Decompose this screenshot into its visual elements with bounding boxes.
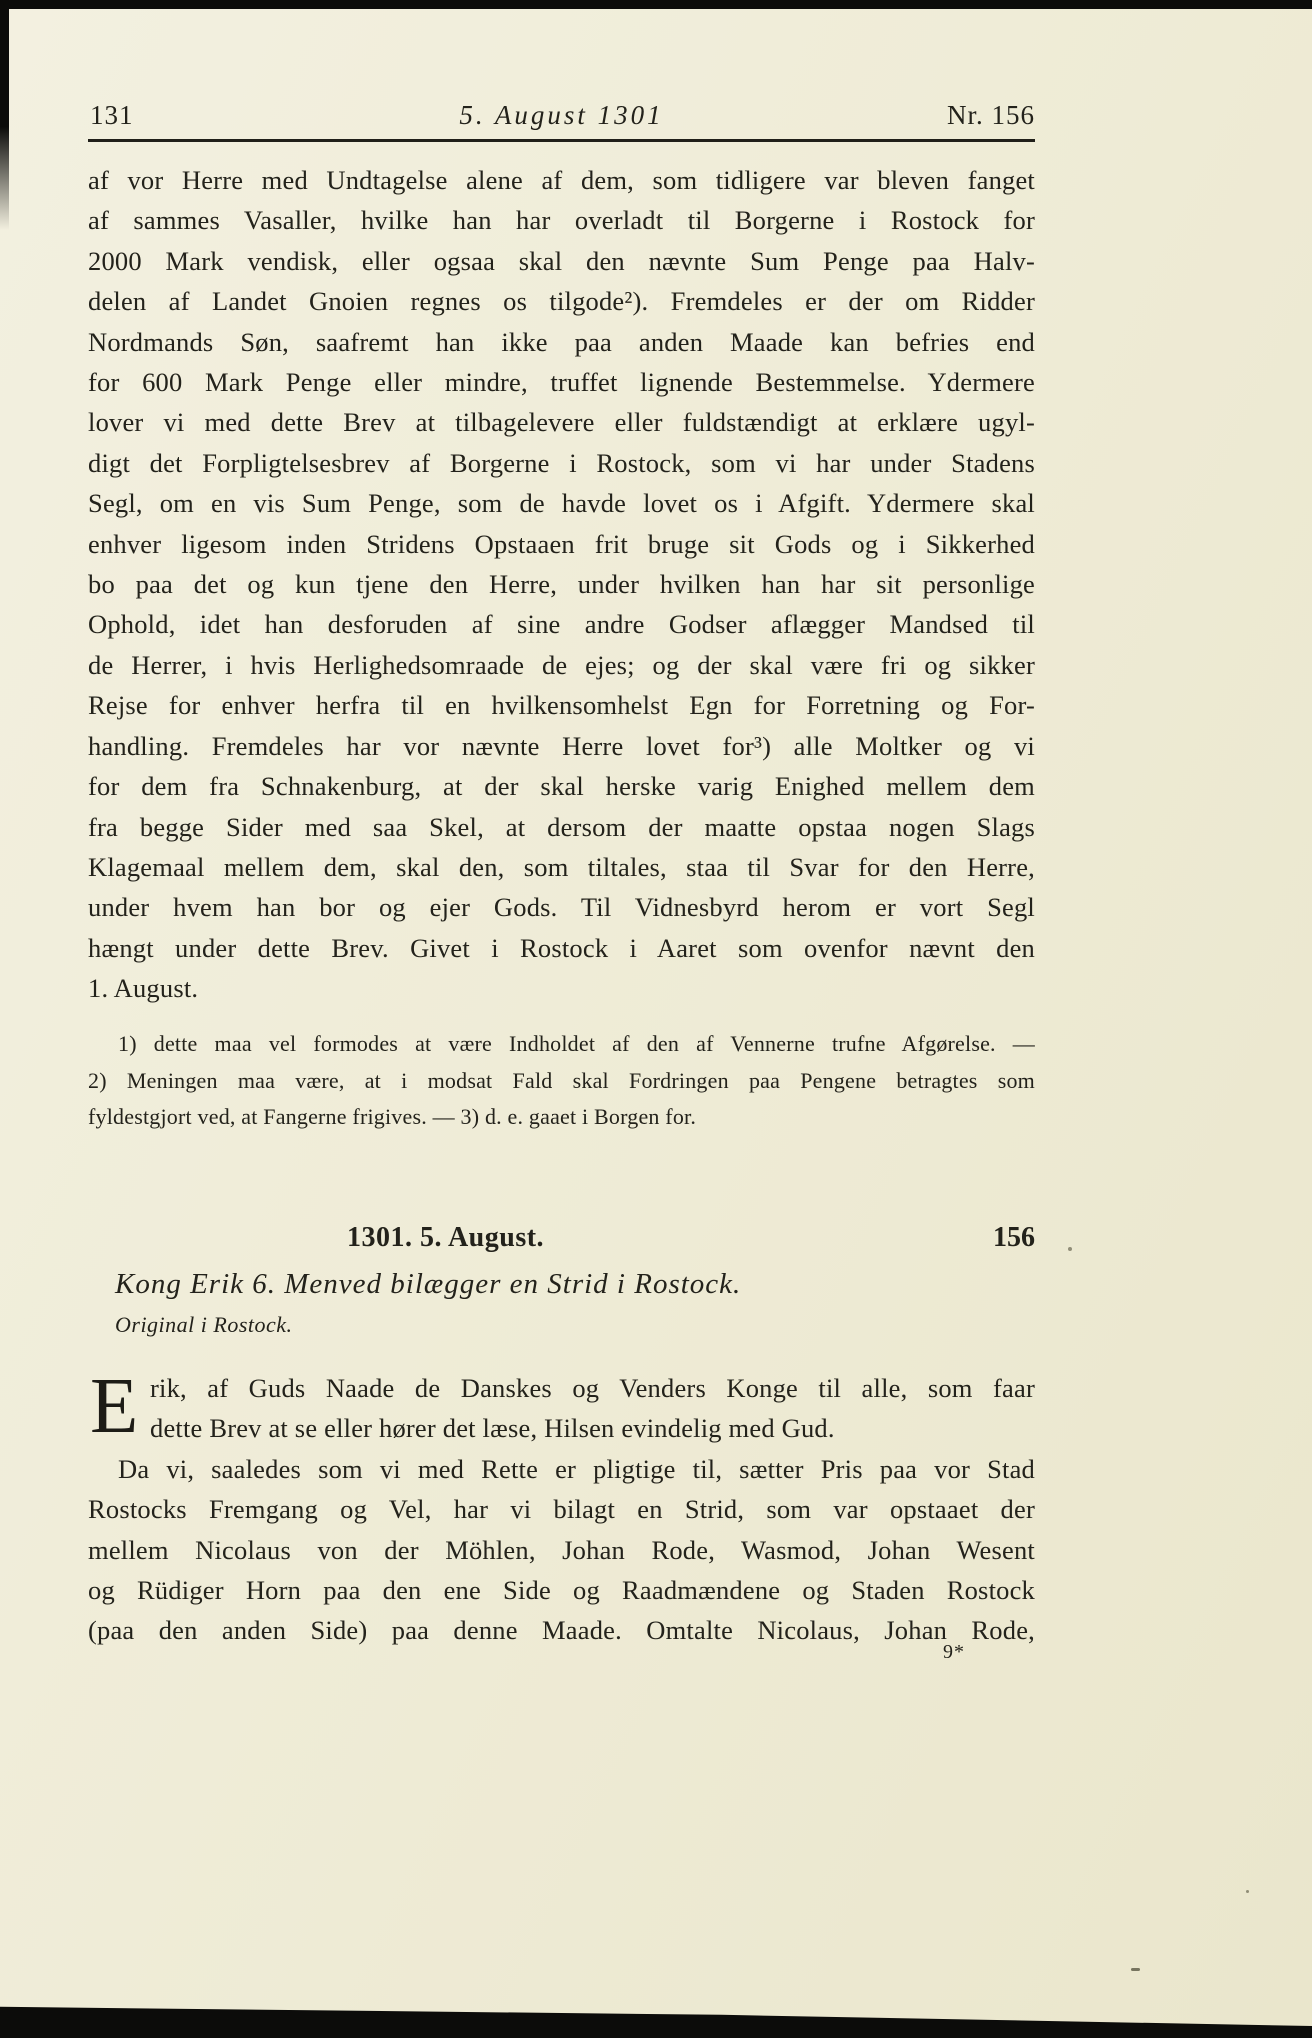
scan-speck: [494, 186, 496, 188]
text-line: dette Brev at se eller hører det læse, H…: [88, 1408, 1035, 1448]
text-line: Ophold, idet han desforuden af sine andr…: [88, 604, 1035, 644]
page-header: 131 5. August 1301 Nr. 156: [88, 100, 1035, 140]
text-line: Rejse for enhver herfra til en hvilkenso…: [88, 685, 1035, 725]
text-line: Segl, om en vis Sum Penge, som de havde …: [88, 483, 1035, 523]
document-156-heading: 1301. 5. August. 156: [88, 1222, 1035, 1258]
page-number: 131: [90, 100, 134, 131]
date-heading: 1301. 5. August.: [347, 1222, 544, 1254]
text-line: digt det Forpligtelsesbrev af Borgerne i…: [88, 443, 1035, 483]
scan-speck: [1246, 1890, 1249, 1893]
document-156-body: E rik, af Guds Naade de Danskes og Vende…: [88, 1368, 1035, 1651]
text-line: rik, af Guds Naade de Danskes og Venders…: [88, 1368, 1035, 1408]
running-title: 5. August 1301: [459, 100, 663, 131]
text-line: hængt under dette Brev. Givet i Rostock …: [88, 928, 1035, 968]
scan-edge-left: [0, 0, 9, 230]
text-line: af sammes Vasaller, hvilke han har overl…: [88, 200, 1035, 240]
footnotes: 1) dette maa vel formodes at være Indhol…: [88, 1026, 1035, 1136]
footnote-line: fyldestgjort ved, at Fangerne frigives. …: [88, 1099, 1035, 1136]
text-line: Da vi, saaledes som vi med Rette er plig…: [88, 1449, 1035, 1489]
scan-edge-top: [0, 0, 1312, 9]
text-line: (paa den anden Side) paa denne Maade. Om…: [88, 1610, 1035, 1650]
text-line: og Rüdiger Horn paa den ene Side og Raad…: [88, 1570, 1035, 1610]
footnote-line: 2) Meningen maa være, at i modsat Fald s…: [88, 1063, 1035, 1100]
text-line: enhver ligesom inden Stridens Opstaaen f…: [88, 524, 1035, 564]
text-line: mellem Nicolaus von der Möhlen, Johan Ro…: [88, 1530, 1035, 1570]
text-line: af vor Herre med Undtagelse alene af dem…: [88, 160, 1035, 200]
text-line: Klagemaal mellem dem, skal den, som tilt…: [88, 847, 1035, 887]
text-line: under hvem han bor og ejer Gods. Til Vid…: [88, 887, 1035, 927]
document-source: Original i Rostock.: [115, 1312, 815, 1338]
book-scan: { "header": { "page_number": "131", "run…: [0, 0, 1312, 2038]
text-line: 1. August.: [88, 968, 1035, 1008]
document-title: Kong Erik 6. Menved bilægger en Strid i …: [115, 1268, 1015, 1301]
text-line: handling. Fremdeles har vor nævnte Herre…: [88, 726, 1035, 766]
scan-speck: [1131, 1968, 1140, 1971]
document-156-translation-body: af vor Herre med Undtagelse alene af dem…: [88, 160, 1035, 1009]
scan-speck: [1068, 1247, 1072, 1251]
text-line: delen af Landet Gnoien regnes os tilgode…: [88, 281, 1035, 321]
printer-signature-mark: 9*: [943, 1641, 965, 1664]
text-line: de Herrer, i hvis Herlighedsomraade de e…: [88, 645, 1035, 685]
document-number-header: Nr. 156: [947, 100, 1035, 131]
text-line: for dem fra Schnakenburg, at der skal he…: [88, 766, 1035, 806]
text-line: Rostocks Fremgang og Vel, har vi bilagt …: [88, 1489, 1035, 1529]
text-line: 2000 Mark vendisk, eller ogsaa skal den …: [88, 241, 1035, 281]
text-line: lover vi med dette Brev at tilbagelevere…: [88, 402, 1035, 442]
drop-cap: E: [90, 1374, 138, 1440]
text-line: fra begge Sider med saa Skel, at dersom …: [88, 807, 1035, 847]
text-line: Nordmands Søn, saafremt han ikke paa and…: [88, 322, 1035, 362]
text-line: for 600 Mark Penge eller mindre, truffet…: [88, 362, 1035, 402]
header-rule: [88, 139, 1035, 142]
footnote-line: 1) dette maa vel formodes at være Indhol…: [88, 1026, 1035, 1063]
document-number: 156: [993, 1222, 1035, 1254]
text-line: bo paa det og kun tjene den Herre, under…: [88, 564, 1035, 604]
